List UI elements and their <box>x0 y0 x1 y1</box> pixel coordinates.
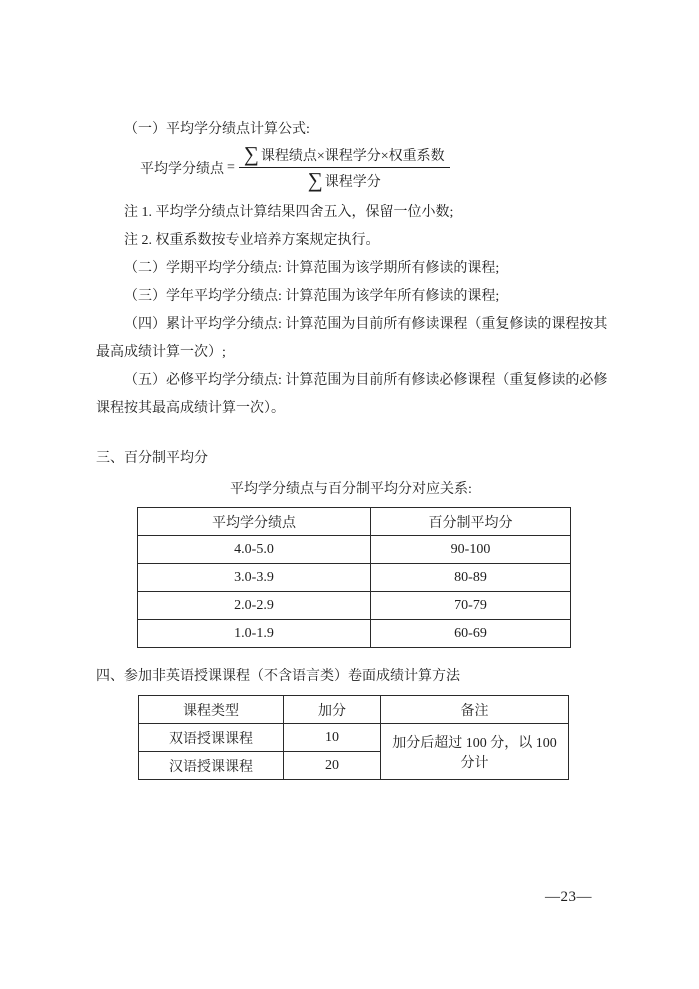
section-three-heading: 三、百分制平均分 <box>96 445 606 473</box>
gpa-range-cell: 1.0-1.9 <box>138 620 371 648</box>
gpa-range-cell: 4.0-5.0 <box>138 536 371 564</box>
bonus-cell: 20 <box>284 752 381 780</box>
clause-one-heading: （一）平均学分绩点计算公式: <box>96 116 634 144</box>
clause-three: （三）学年平均学分绩点: 计算范围为该学年所有修读的课程; <box>96 283 606 311</box>
bonus-score-table: 课程类型 加分 备注 双语授课课程 10 加分后超过 100 分，以 100 分… <box>138 695 569 780</box>
clause-five-line-1: （五）必修平均学分绩点: 计算范围为目前所有修读必修课程（重复修读的必修 <box>96 367 606 395</box>
section-four-heading: 四、参加非英语授课课程（不含语言类）卷面成绩计算方法 <box>96 663 606 691</box>
formula-denominator-term: 课程学分 <box>325 171 381 191</box>
remark-merged-cell: 加分后超过 100 分，以 100 分计 <box>381 724 569 780</box>
table-row: 1.0-1.9 60-69 <box>138 620 571 648</box>
course-type-cell: 双语授课课程 <box>139 724 284 752</box>
formula-equals-sign: = <box>227 160 235 176</box>
table-row: 4.0-5.0 90-100 <box>138 536 571 564</box>
formula-numerator-terms: 课程绩点×课程学分×权重系数 <box>261 145 445 165</box>
table-header-row: 平均学分绩点 百分制平均分 <box>138 508 571 536</box>
document-page: （一）平均学分绩点计算公式: 平均学分绩点 = ∑ 课程绩点×课程学分×权重系数… <box>0 0 699 989</box>
formula-numerator: ∑ 课程绩点×课程学分×权重系数 <box>239 144 450 168</box>
page-number: —23— <box>96 886 592 908</box>
table-header-row: 课程类型 加分 备注 <box>139 696 569 724</box>
percent-range-cell: 70-79 <box>371 592 571 620</box>
percent-range-cell: 80-89 <box>371 564 571 592</box>
note-1: 注 1. 平均学分绩点计算结果四舍五入，保留一位小数; <box>96 199 606 227</box>
clause-two: （二）学期平均学分绩点: 计算范围为该学期所有修读的课程; <box>96 255 606 283</box>
clause-four-line-1: （四）累计平均学分绩点: 计算范围为目前所有修读课程（重复修读的课程按其 <box>96 311 606 339</box>
gpa-formula: 平均学分绩点 = ∑ 课程绩点×课程学分×权重系数 ∑ 课程学分 <box>140 144 450 191</box>
course-type-cell: 汉语授课课程 <box>139 752 284 780</box>
course-type-column-header: 课程类型 <box>139 696 284 724</box>
bonus-column-header: 加分 <box>284 696 381 724</box>
clause-five-line-2: 课程按其最高成绩计算一次）。 <box>96 395 606 423</box>
sigma-symbol: ∑ <box>308 170 323 191</box>
clause-four-line-2: 最高成绩计算一次）; <box>96 339 606 367</box>
table-row: 2.0-2.9 70-79 <box>138 592 571 620</box>
clause-paragraphs: 注 1. 平均学分绩点计算结果四舍五入，保留一位小数; 注 2. 权重系数按专业… <box>96 199 606 423</box>
sigma-symbol: ∑ <box>244 144 259 165</box>
table-row: 3.0-3.9 80-89 <box>138 564 571 592</box>
formula-fraction: ∑ 课程绩点×课程学分×权重系数 ∑ 课程学分 <box>239 144 450 191</box>
percent-column-header: 百分制平均分 <box>371 508 571 536</box>
bonus-cell: 10 <box>284 724 381 752</box>
gpa-range-cell: 3.0-3.9 <box>138 564 371 592</box>
gpa-range-cell: 2.0-2.9 <box>138 592 371 620</box>
gpa-table-caption: 平均学分绩点与百分制平均分对应关系: <box>96 476 606 504</box>
formula-lhs: 平均学分绩点 <box>140 158 224 178</box>
gpa-column-header: 平均学分绩点 <box>138 508 371 536</box>
gpa-percent-table: 平均学分绩点 百分制平均分 4.0-5.0 90-100 3.0-3.9 80-… <box>137 507 571 648</box>
table-row: 双语授课课程 10 加分后超过 100 分，以 100 分计 <box>139 724 569 752</box>
percent-range-cell: 90-100 <box>371 536 571 564</box>
formula-denominator: ∑ 课程学分 <box>308 168 381 191</box>
percent-range-cell: 60-69 <box>371 620 571 648</box>
remark-column-header: 备注 <box>381 696 569 724</box>
note-2: 注 2. 权重系数按专业培养方案规定执行。 <box>96 227 606 255</box>
